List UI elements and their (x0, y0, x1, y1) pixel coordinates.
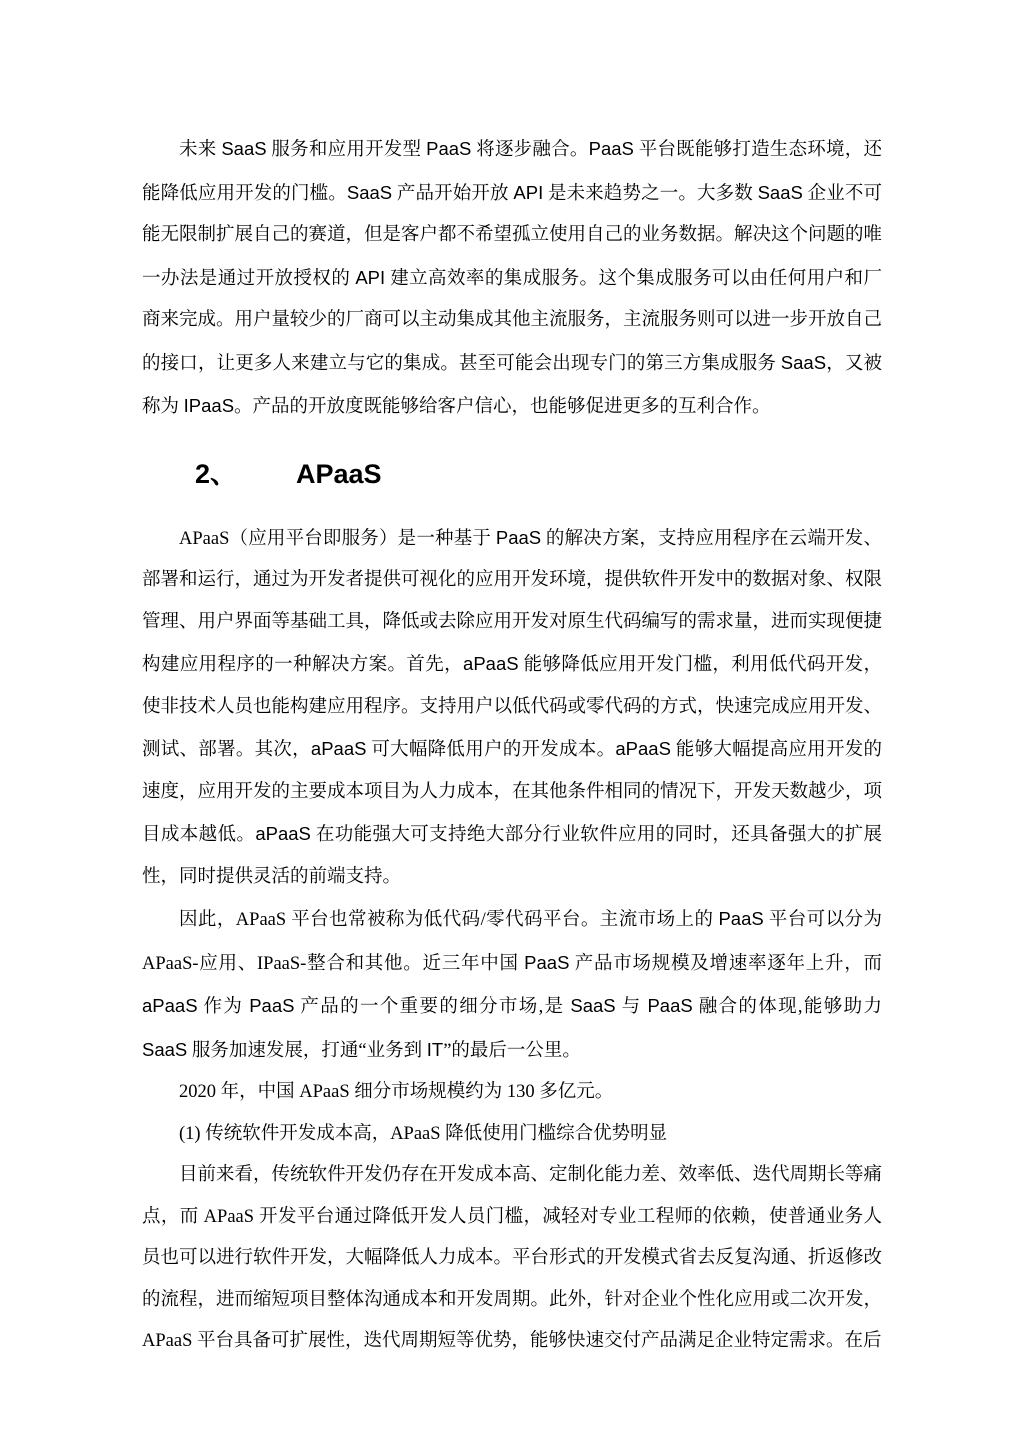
text-run: SaaS (347, 182, 392, 203)
text-run: SaaS (781, 352, 826, 373)
text-run: APaaS（应用平台即服务）是一种基于 (179, 529, 496, 549)
text-run: SaaS (758, 182, 803, 203)
paragraph-saas-paas-convergence: 未来 SaaS 服务和应用开发型 PaaS 将逐步融合。PaaS 平台既能够打造… (142, 128, 882, 429)
text-run: 是未来趋势之一。大多数 (543, 184, 757, 204)
paragraph-apaas-low-code-platform: 因此，APaaS 平台也常被称为低代码/零代码平台。主流市场上的 PaaS 平台… (142, 898, 882, 1072)
text-run: 2020 年，中国 APaaS 细分市场规模约为 130 多亿元。 (179, 1082, 613, 1102)
text-run: 未来 (179, 140, 221, 160)
text-run: 因此，APaaS 平台也常被称为低代码/零代码平台。主流市场上的 (179, 910, 718, 930)
paragraph-apaas-definition: APaaS（应用平台即服务）是一种基于 PaaS 的解决方案，支持应用程序在云端… (142, 517, 882, 899)
text-run: 目前来看，传统软件开发仍存在开发成本高、定制化能力差、效率低、迭代周期长等痛点，… (142, 1165, 882, 1310)
text-run: API (513, 182, 543, 203)
text-run: 产品开始开放 (392, 184, 513, 204)
text-run: 与 (616, 997, 648, 1017)
heading-number: 2、 (195, 456, 296, 492)
text-run: PaaS (249, 995, 294, 1016)
text-run: 。产品的开放度既能够给客户信心，也能够促进更多的互利合作。 (234, 397, 771, 417)
text-run: IPaaS (184, 395, 234, 416)
heading-title: APaaS (296, 459, 382, 489)
text-run: aPaaS (142, 995, 198, 1016)
text-run: API (355, 267, 385, 288)
paragraph-market-size-2020: 2020 年，中国 APaaS 细分市场规模约为 130 多亿元。 (142, 1072, 882, 1114)
text-run: 作为 (198, 997, 250, 1017)
text-run: PaaS (718, 908, 763, 929)
text-run: SaaS (142, 1039, 187, 1060)
text-run: 融合的体现,能够助力 (693, 997, 882, 1017)
text-run: aPaaS (463, 653, 519, 674)
text-run: PaaS (524, 952, 569, 973)
text-run: IT (427, 1039, 443, 1060)
text-run: APaaS (142, 1331, 192, 1351)
text-run: PaaS (589, 138, 634, 159)
text-run: aPaaS (255, 823, 311, 844)
list-item-1-traditional-dev-cost: (1) 传统软件开发成本高，APaaS 降低使用门槛综合优势明显 (142, 1114, 882, 1156)
text-run: PaaS (426, 138, 471, 159)
text-run: 服务加速发展，打通“业务到 (187, 1041, 426, 1061)
text-run: 可大幅降低用户的开发成本。 (366, 740, 615, 760)
text-run: PaaS (496, 527, 541, 548)
text-run: ”的最后一公里。 (443, 1041, 581, 1061)
text-run: SaaS (570, 995, 615, 1016)
paragraph-traditional-dev-pain-points: 目前来看，传统软件开发仍存在开发成本高、定制化能力差、效率低、迭代周期长等痛点，… (142, 1155, 882, 1363)
text-run: PaaS (647, 995, 692, 1016)
text-run: 将逐步融合。 (471, 140, 588, 160)
section-heading-apaas: 2、APaaS (142, 456, 882, 492)
document-page: 未来 SaaS 服务和应用开发型 PaaS 将逐步融合。PaaS 平台既能够打造… (0, 0, 1019, 1440)
text-run: 产品的一个重要的细分市场,是 (294, 997, 570, 1017)
text-run: 服务和应用开发型 (267, 140, 427, 160)
text-run: aPaaS (615, 738, 671, 759)
text-run: (1) 传统软件开发成本高，APaaS 降低使用门槛综合优势明显 (179, 1124, 667, 1144)
text-run: SaaS (221, 138, 266, 159)
text-run: aPaaS (311, 738, 367, 759)
text-run: 产品市场规模及增速率逐年上升，而 (569, 954, 882, 974)
text-run: 平台具备可扩展性，迭代周期短等优势，能够快速交付产品满足企业特定需求。在后 (192, 1331, 881, 1351)
